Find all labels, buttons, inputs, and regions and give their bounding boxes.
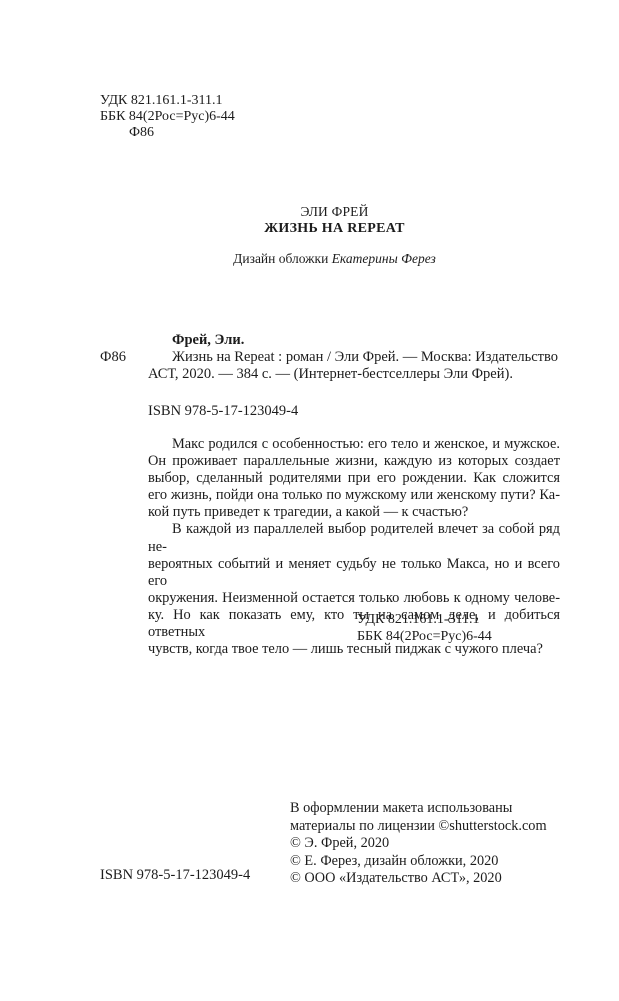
record-author-mark: Ф86 [100, 349, 126, 366]
bottom-isbn: ISBN 978-5-17-123049-4 [100, 867, 250, 885]
credits-line: © Е. Ферез, дизайн обложки, 2020 [290, 853, 547, 871]
credits-line: © Э. Фрей, 2020 [290, 835, 547, 853]
annotation-line: выбор, сделанный родителями при его рожд… [148, 470, 560, 487]
credits-line: В оформлении макета использованы [290, 800, 547, 818]
cover-design-label: Дизайн обложки [233, 251, 328, 266]
copyright-credits: В оформлении макета использованы материа… [290, 800, 547, 888]
credits-line: © ООО «Издательство АСТ», 2020 [290, 870, 547, 888]
annotation-line: Он проживает параллельные жизни, каждую … [148, 453, 560, 470]
annotation-line: чувств, когда твое тело — лишь тесный пи… [148, 641, 560, 658]
annotation-line: В каждой из параллелей выбор родителей в… [148, 521, 560, 555]
annotation-line: окружения. Неизменной остается только лю… [148, 590, 560, 607]
bbk-code: ББК 84(2Рос=Рус)6-44 [357, 628, 492, 645]
book-author: ЭЛИ ФРЕЙ [50, 203, 619, 220]
author-mark: Ф86 [100, 125, 235, 141]
annotation-line: вероятных событий и меняет судьбу не тол… [148, 556, 560, 590]
classification-bottom: УДК 821.161.1-311.1 ББК 84(2Рос=Рус)6-44 [357, 611, 492, 645]
annotation-paragraph-1: Макс родился с особенностью: его тело и … [148, 436, 560, 521]
credits-line: материалы по лицензии ©shutterstock.com [290, 818, 547, 836]
record-description-line-2: АСТ, 2020. — 384 с. — (Интернет-бестселл… [148, 366, 513, 383]
title-block: ЭЛИ ФРЕЙ ЖИЗНЬ НА REPEAT Дизайн обложки … [0, 203, 619, 267]
udk-code: УДК 821.161.1-311.1 [357, 611, 492, 628]
annotation: Макс родился с особенностью: его тело и … [148, 436, 560, 658]
record-isbn: ISBN 978-5-17-123049-4 [148, 403, 298, 420]
classification-top: УДК 821.161.1-311.1 ББК 84(2Рос=Рус)6-44… [100, 93, 235, 142]
annotation-line: Макс родился с особенностью: его тело и … [148, 436, 560, 453]
bbk-code: ББК 84(2Рос=Рус)6-44 [100, 109, 235, 125]
book-title: ЖИЗНЬ НА REPEAT [50, 220, 619, 237]
record-description-line-1: Жизнь на Repeat : роман / Эли Фрей. — Мо… [172, 349, 558, 366]
annotation-line: ку. Но как показать ему, кто ты на самом… [148, 607, 560, 641]
udk-code: УДК 821.161.1-311.1 [100, 93, 235, 109]
record-author-heading: Фрей, Эли. [172, 332, 244, 349]
annotation-paragraph-2: В каждой из параллелей выбор родителей в… [148, 521, 560, 658]
annotation-line: кой путь приведет к трагедии, а какой — … [148, 504, 560, 521]
annotation-line: его жизнь, пойди она только по мужскому … [148, 487, 560, 504]
cover-design-credit: Дизайн обложки Екатерины Ферез [50, 250, 619, 267]
cover-designer-name: Екатерины Ферез [332, 251, 436, 266]
